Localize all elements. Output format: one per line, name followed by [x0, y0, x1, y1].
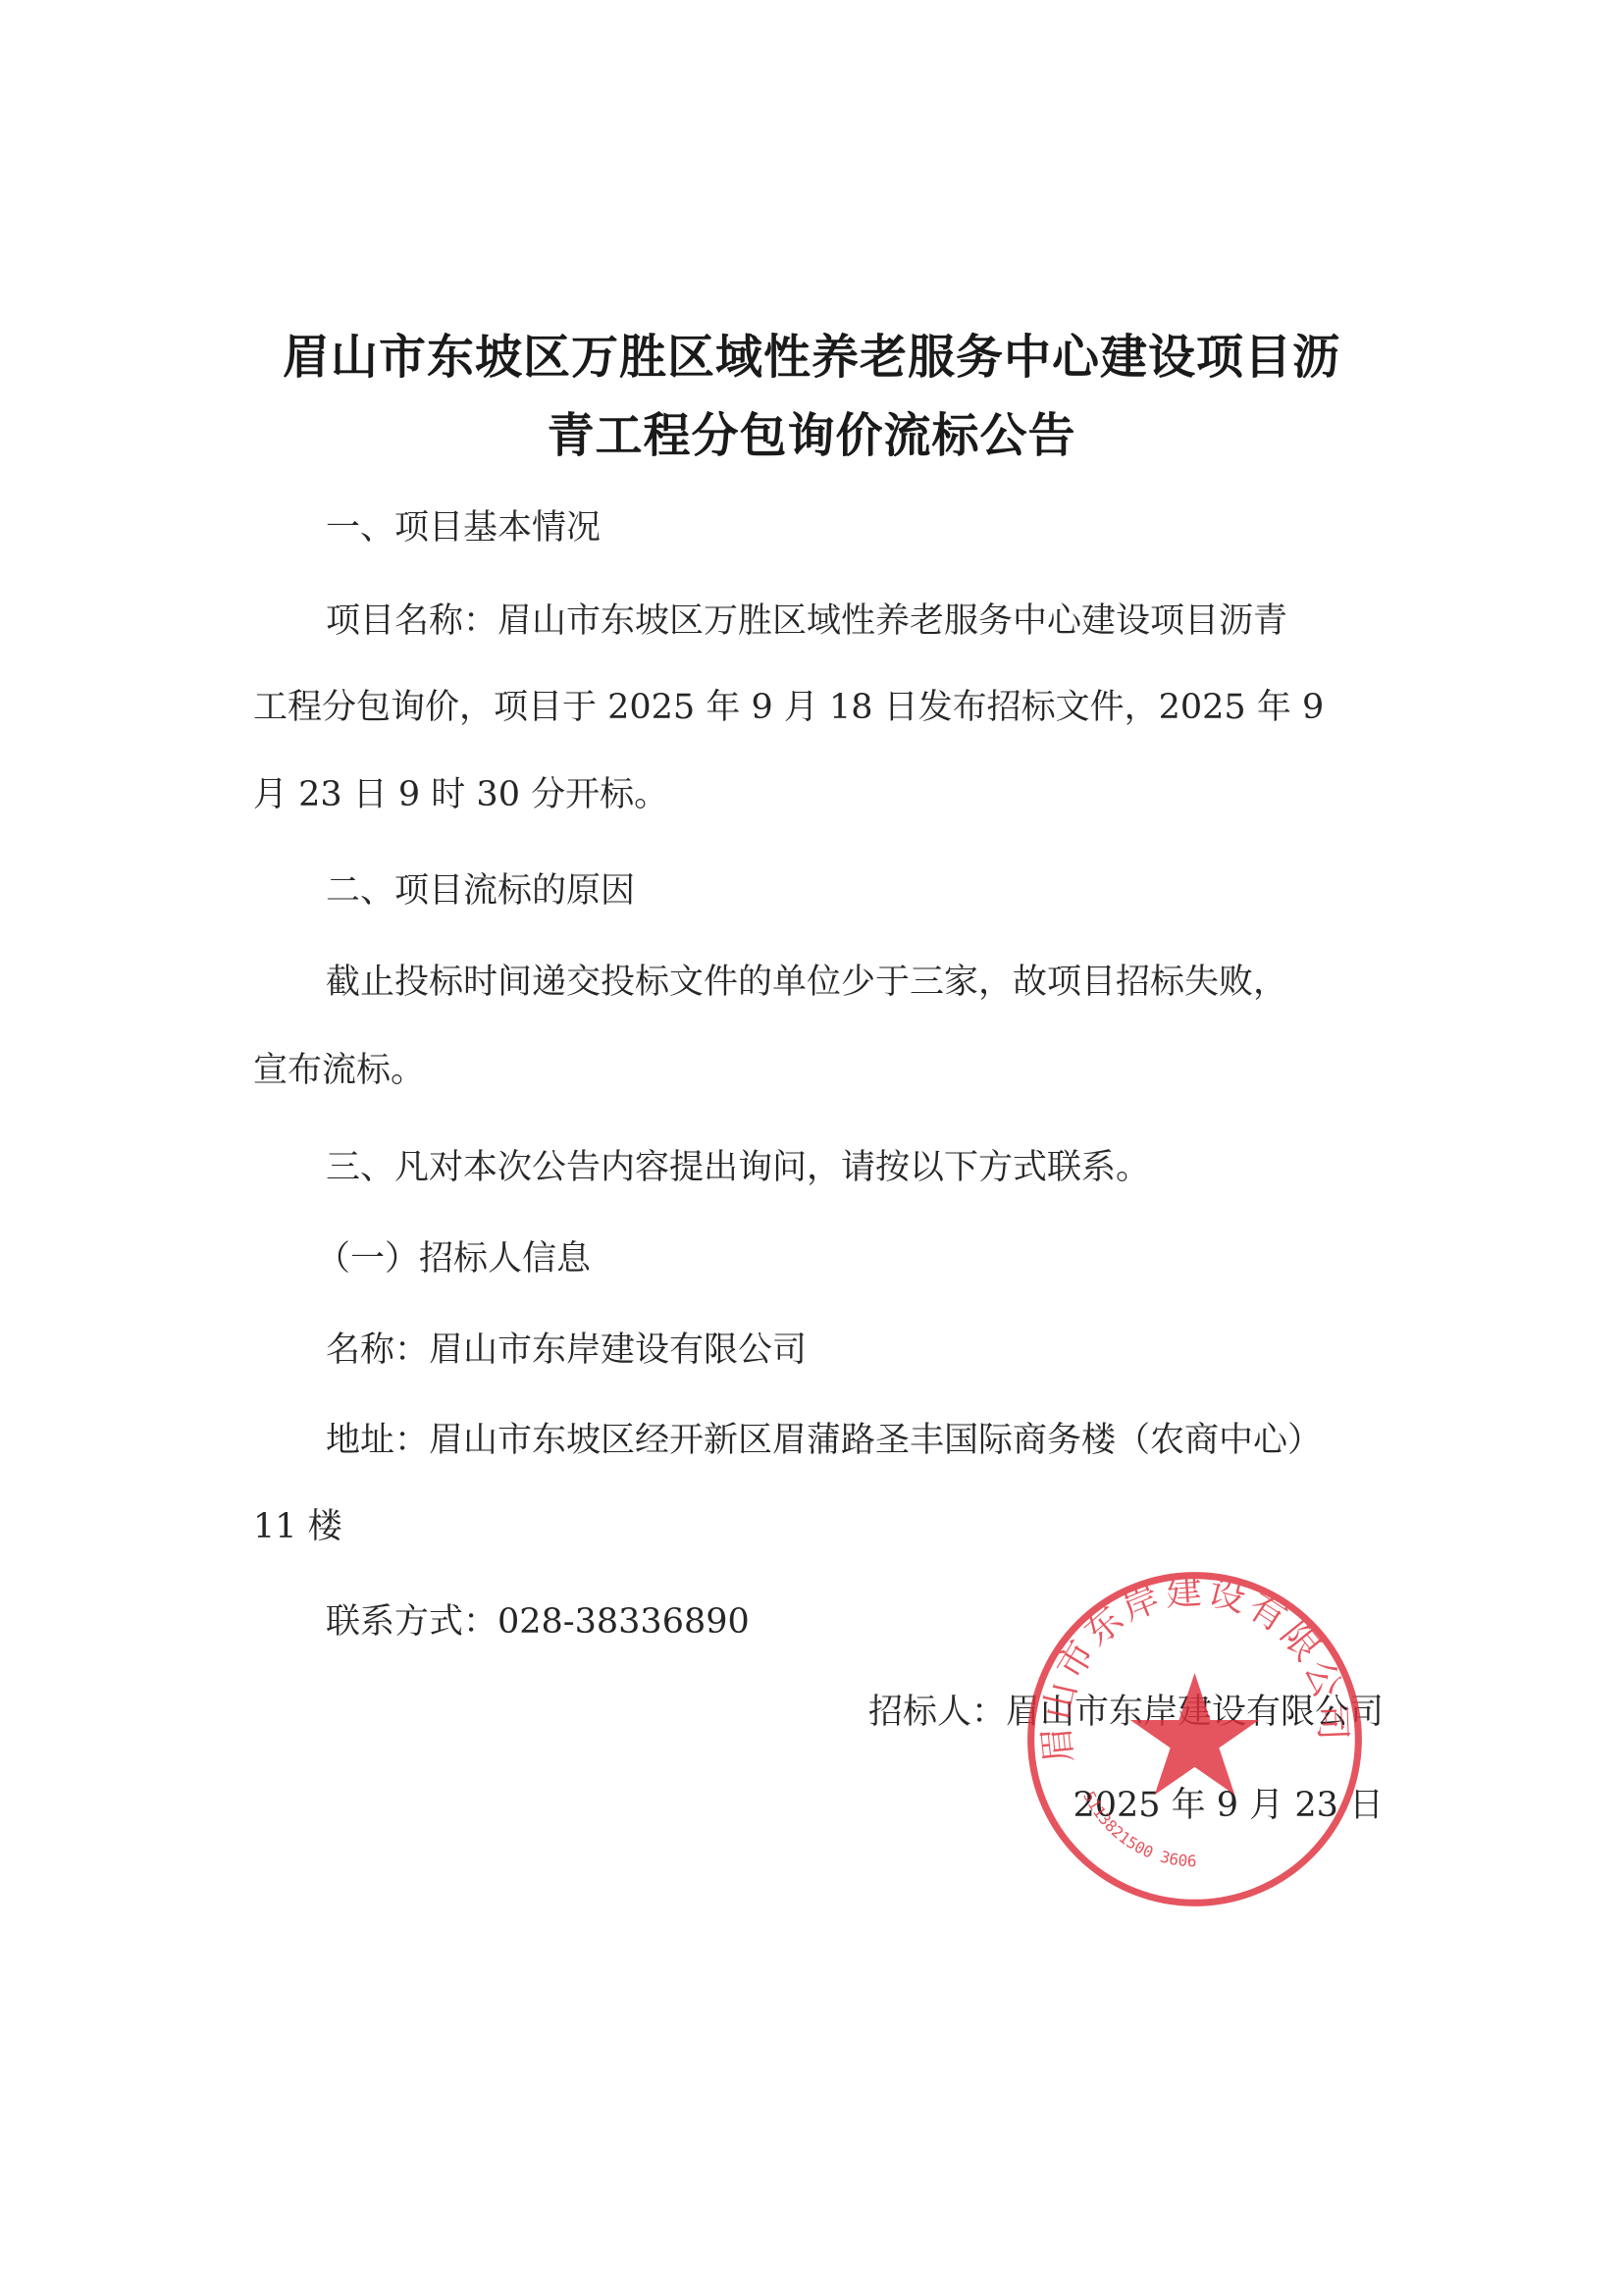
tenderer-contact: 联系方式：028-38336890	[326, 1594, 750, 1644]
signature-date: 2025 年 9 月 23 日	[1073, 1778, 1384, 1827]
section-1-heading: 一、项目基本情况	[326, 500, 601, 549]
section-2-line-2: 宣布流标。	[253, 1043, 425, 1092]
document-title-line-1: 眉山市东坡区万胜区域性养老服务中心建设项目沥	[0, 319, 1623, 387]
svg-text:眉山市东岸建设有限公司: 眉山市东岸建设有限公司	[1033, 1569, 1355, 1765]
section-2-heading: 二、项目流标的原因	[326, 863, 635, 913]
section-3-heading: 三、凡对本次公告内容提出询问，请按以下方式联系。	[326, 1140, 1150, 1189]
tenderer-address-line-1: 地址：眉山市东坡区经开新区眉蒲路圣丰国际商务楼（农商中心）	[326, 1413, 1322, 1462]
document-title-line-2: 青工程分包询价流标公告	[0, 397, 1623, 465]
section-1-line-2: 工程分包询价，项目于 2025 年 9 月 18 日发布招标文件，2025 年 …	[253, 680, 1324, 729]
tenderer-name: 名称：眉山市东岸建设有限公司	[326, 1323, 807, 1372]
section-2-line-1: 截止投标时间递交投标文件的单位少于三家，故项目招标失败，	[326, 955, 1287, 1004]
section-3-subheading: （一）招标人信息	[316, 1231, 591, 1280]
signature-issuer: 招标人：眉山市东岸建设有限公司	[868, 1685, 1384, 1734]
section-1-line-1: 项目名称：眉山市东坡区万胜区域性养老服务中心建设项目沥青	[326, 594, 1287, 643]
company-seal-icon: 眉山市东岸建设有限公司 5113821500 3606	[1021, 1565, 1369, 1913]
tenderer-address-line-2: 11 楼	[253, 1499, 342, 1548]
section-1-line-3: 月 23 日 9 时 30 分开标。	[253, 767, 668, 816]
